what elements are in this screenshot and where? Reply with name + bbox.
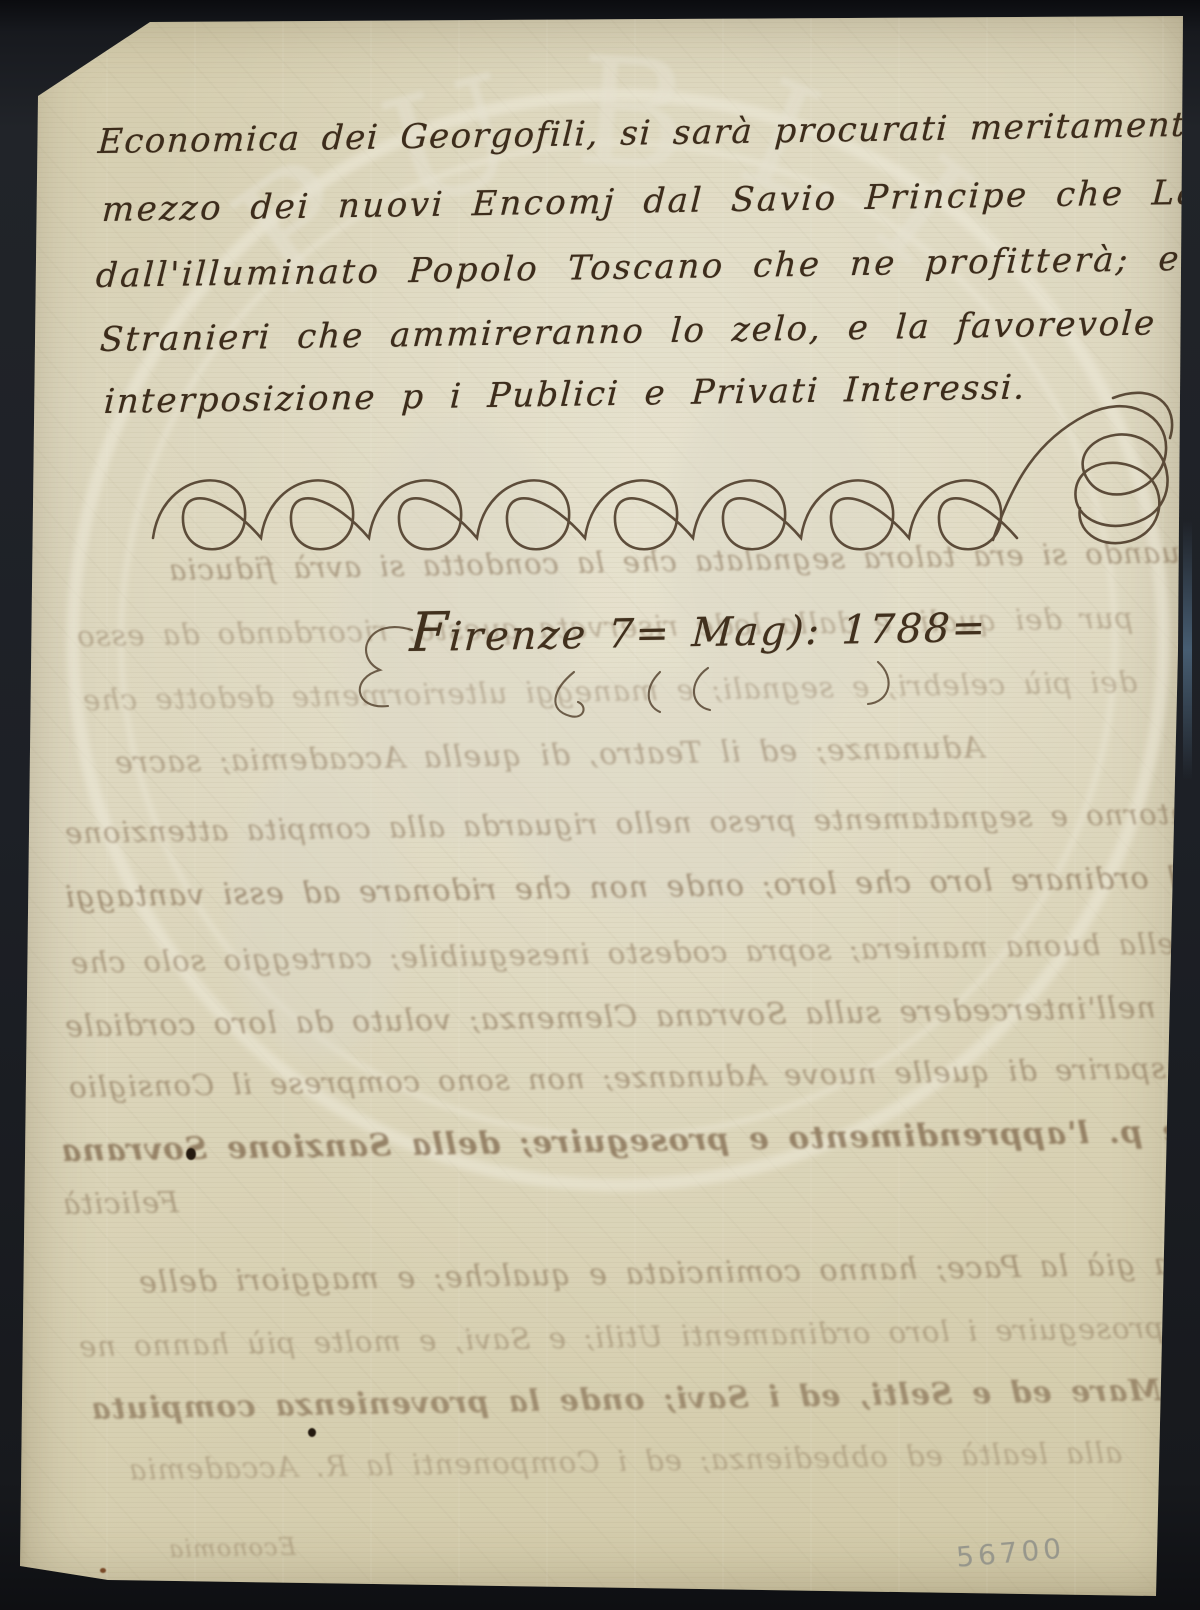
- scan-edge-glint: [1183, 520, 1192, 780]
- flourish-scribble-knot: [993, 406, 1168, 543]
- dateline: Firenze 7= Mag): 1788=: [408, 591, 989, 664]
- scan-background: PUBLI quando si era talora segnalata che…: [0, 0, 1200, 1610]
- manuscript-page: PUBLI quando si era talora segnalata che…: [18, 10, 1190, 1598]
- flourish-loops: [153, 480, 1017, 549]
- ink-blot: [186, 1148, 196, 1160]
- ink-blot: [308, 1428, 316, 1437]
- flourish-layer: [18, 10, 1190, 1598]
- paper-speck: [100, 1568, 106, 1573]
